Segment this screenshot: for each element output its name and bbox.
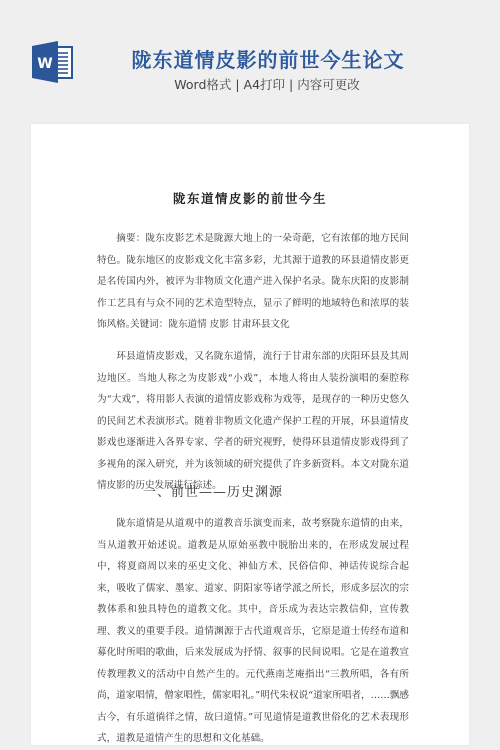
document-page: 陇东道情皮影的前世今生 摘要：陇东皮影艺术是陇源大地上的一朵奇葩，它有浓郁的地方… — [31, 124, 469, 745]
section-heading: 一、前世——历史渊源 — [143, 481, 283, 500]
header-title: 陇东道情皮影的前世今生论文 — [0, 44, 500, 73]
intro-text: 环县道情皮影戏，又名陇东道情，流行于甘肃东部的庆阳环县及其周边地区。当地人称之为… — [97, 346, 409, 497]
intro-paragraph: 环县道情皮影戏，又名陇东道情，流行于甘肃东部的庆阳环县及其周边地区。当地人称之为… — [97, 346, 409, 497]
header-banner: W 陇东道情皮影的前世今生论文 Word格式 | A4打印 | 内容可更改 — [0, 0, 500, 120]
header-subtitle: Word格式 | A4打印 | 内容可更改 — [0, 75, 500, 93]
section1-text: 陇东道情是从道观中的道教音乐演变而来，故考察陇东道情的由来，当从道教开始述说。道… — [97, 513, 409, 750]
section1-paragraph: 陇东道情是从道观中的道教音乐演变而来，故考察陇东道情的由来，当从道教开始述说。道… — [97, 513, 409, 750]
keywords-line: 关键词：陇东道情 皮影 甘肃环县文化 — [130, 314, 290, 336]
document-title: 陇东道情皮影的前世今生 — [31, 189, 469, 207]
